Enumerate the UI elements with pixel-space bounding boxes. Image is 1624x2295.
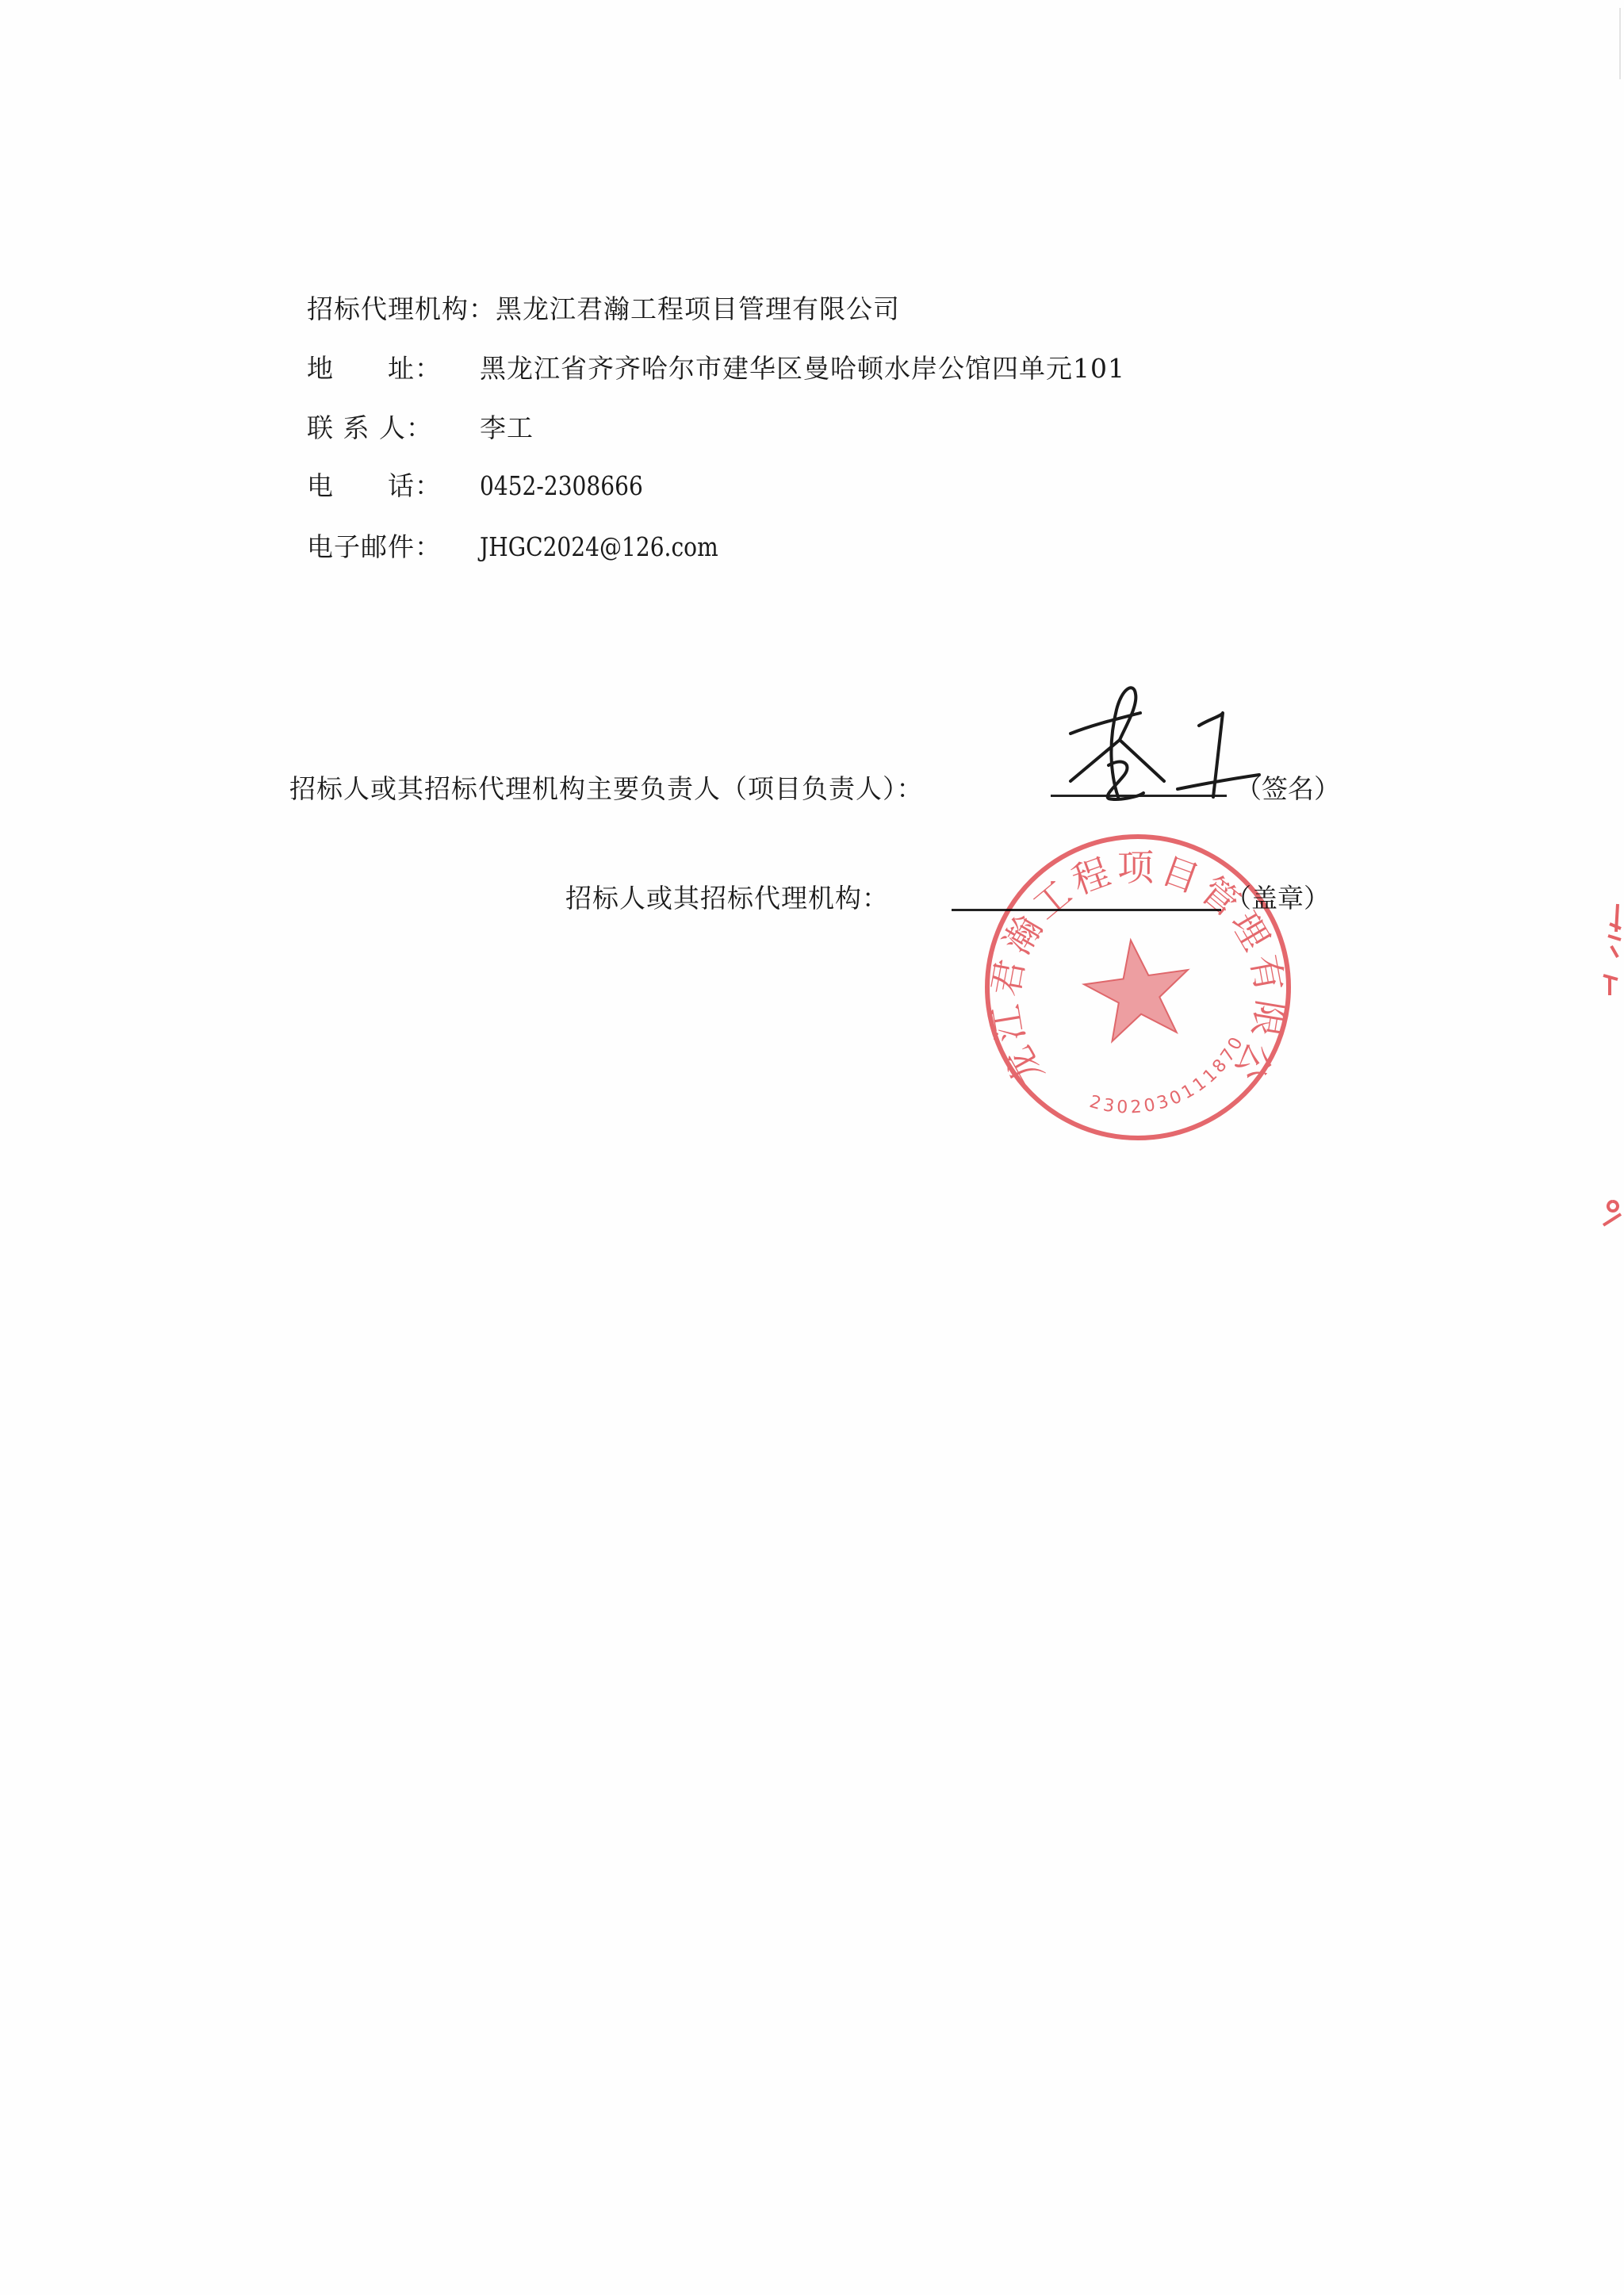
handwritten-signature <box>1047 678 1277 805</box>
company-seal: 黑龙江君瀚工程项目管理有限公司 2302030111870 <box>975 829 1300 1154</box>
seal-number: 2302030111870 <box>1087 1032 1248 1118</box>
agency-line: 招标代理机构：黑龙江君瀚工程项目管理有限公司 <box>307 293 900 325</box>
contact-label: 联 系 人： <box>307 412 480 444</box>
address-label: 地 址： <box>307 353 480 385</box>
phone-label: 电 话： <box>307 470 480 502</box>
phone-value: 0452-2308666 <box>480 470 643 502</box>
email-line: 电子邮件：JHGC2024@126.com <box>307 531 760 563</box>
responsible-person-label: 招标人或其招标代理机构主要负责人（项目负责人）： <box>289 773 924 805</box>
phone-line: 电 话：0452-2308666 <box>307 470 672 502</box>
email-value[interactable]: JHGC2024@126.com <box>480 531 718 563</box>
agency-seal-label: 招标人或其招标代理机构： <box>565 883 889 914</box>
edge-seal-fragment <box>1594 900 1624 1233</box>
agency-label: 招标代理机构： <box>307 293 496 325</box>
contact-line: 联 系 人：李工 <box>307 412 534 444</box>
email-label: 电子邮件： <box>307 531 480 563</box>
contact-value: 李工 <box>480 412 534 444</box>
scan-edge-line <box>1619 8 1621 79</box>
address-value: 黑龙江省齐齐哈尔市建华区曼哈顿水岸公馆四单元101 <box>480 353 1125 385</box>
address-line: 地 址：黑龙江省齐齐哈尔市建华区曼哈顿水岸公馆四单元101 <box>307 353 1125 385</box>
agency-value: 黑龙江君瀚工程项目管理有限公司 <box>496 293 900 325</box>
document-page: 招标代理机构：黑龙江君瀚工程项目管理有限公司 地 址：黑龙江省齐齐哈尔市建华区曼… <box>0 0 1624 2295</box>
seal-star-icon <box>1079 933 1197 1044</box>
